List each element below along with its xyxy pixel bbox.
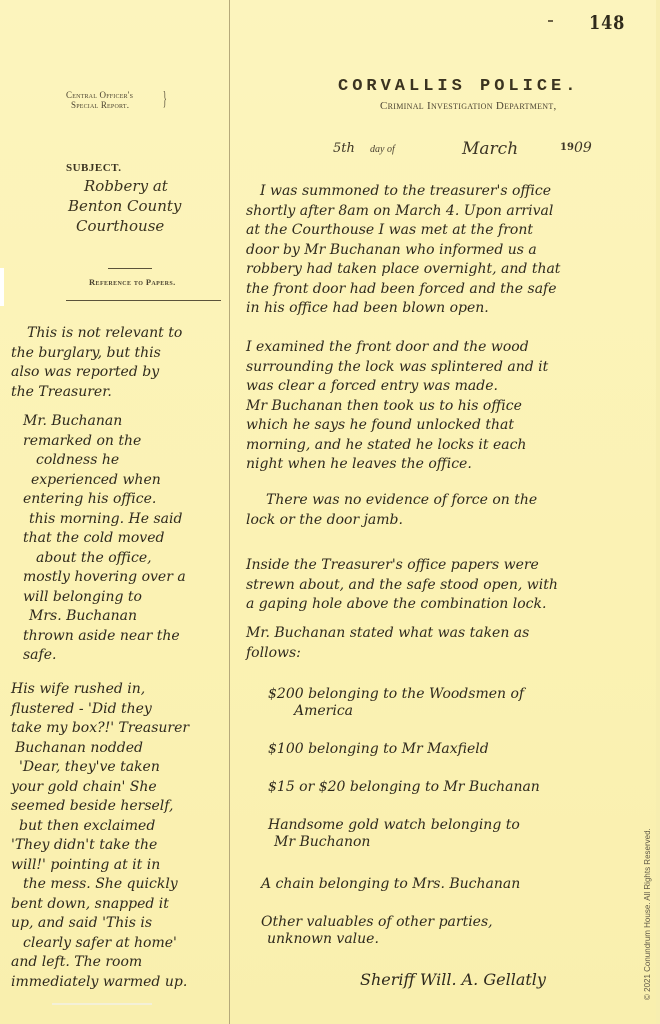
date-day-of-label: day of xyxy=(370,144,395,155)
item-line: $100 belonging to Mr Maxfield xyxy=(268,741,489,758)
margin-line: Mrs. Buchanan xyxy=(11,607,186,627)
report-paragraph-5: Mr. Buchanan stated what was taken as fo… xyxy=(246,624,529,663)
report-line: in his office had been blown open. xyxy=(246,299,560,319)
report-paragraph-1: I was summoned to the treasurer's office… xyxy=(246,182,560,319)
page-number: 148 xyxy=(589,12,625,34)
margin-line: coldness he xyxy=(11,451,186,471)
margin-line: clearly safer at home' xyxy=(11,934,189,954)
report-line: was clear a forced entry was made. xyxy=(246,377,548,397)
report-paragraph-3: There was no evidence of force on the lo… xyxy=(246,491,537,530)
date-month: March xyxy=(462,139,518,159)
brace-mark: } xyxy=(163,89,167,109)
margin-line: This is not relevant to xyxy=(11,324,182,344)
margin-line: thrown aside near the xyxy=(11,627,186,647)
reference-top-rule xyxy=(108,268,152,269)
margin-line: His wife rushed in, xyxy=(11,680,189,700)
margin-line: remarked on the xyxy=(11,432,186,452)
margin-line: 'Dear, they've taken xyxy=(11,758,189,778)
margin-note-paragraph-2: His wife rushed in, flustered - 'Did the… xyxy=(11,680,189,992)
subject-line: Robbery at xyxy=(68,176,181,196)
margin-line: will!' pointing at it in xyxy=(11,856,189,876)
margin-line: the mess. She quickly xyxy=(11,875,189,895)
stolen-item: A chain belonging to Mrs. Buchanan xyxy=(261,876,520,893)
report-line: I examined the front door and the wood xyxy=(246,338,548,358)
item-line: Handsome gold watch belonging to xyxy=(268,817,520,834)
margin-line: bent down, snapped it xyxy=(11,895,189,915)
margin-line: safe. xyxy=(11,646,186,666)
report-line: shortly after 8am on March 4. Upon arriv… xyxy=(246,202,560,222)
page-left-notch xyxy=(0,268,4,306)
item-line: unknown value. xyxy=(261,931,493,948)
item-line: America xyxy=(268,703,524,720)
report-line: Mr Buchanan then took us to his office xyxy=(246,397,548,417)
report-line: Inside the Treasurer's office papers wer… xyxy=(246,556,558,576)
subject-line: Benton County xyxy=(68,196,181,216)
margin-line: about the office, xyxy=(11,549,186,569)
margin-line: will belonging to xyxy=(11,588,186,608)
reference-to-papers-label: Reference to Papers. xyxy=(89,277,176,287)
report-line: night when he leaves the office. xyxy=(246,455,548,475)
report-page: 148 Central Officer's Special Report. } … xyxy=(0,0,660,1024)
margin-line: Mr. Buchanan xyxy=(11,412,186,432)
margin-line: mostly hovering over a xyxy=(11,568,186,588)
page-title: CORVALLIS POLICE. xyxy=(338,77,579,96)
department-subtitle: Criminal Investigation Department, xyxy=(380,100,557,112)
officer-header-line-1: Central Officer's xyxy=(66,90,133,100)
date-year-printed: 19 xyxy=(560,142,574,153)
margin-line: your gold chain' She xyxy=(11,778,189,798)
margin-line: Buchanan nodded xyxy=(11,739,189,759)
report-line: Mr. Buchanan stated what was taken as xyxy=(246,624,529,644)
copyright-notice: © 2021 Conundrum House. All Rights Reser… xyxy=(643,828,652,1000)
report-line: the front door had been forced and the s… xyxy=(246,280,560,300)
margin-note-paragraph-1: Mr. Buchanan remarked on the coldness he… xyxy=(11,412,186,666)
subject-text: Robbery at Benton County Courthouse xyxy=(68,176,181,236)
margin-note-intro: This is not relevant to the burglary, bu… xyxy=(11,324,182,402)
margin-line: flustered - 'Did they xyxy=(11,700,189,720)
report-line: door by Mr Buchanan who informed us a xyxy=(246,241,560,261)
report-line: lock or the door jamb. xyxy=(246,511,537,531)
item-line: Mr Buchanon xyxy=(268,834,520,851)
margin-line: entering his office. xyxy=(11,490,186,510)
stolen-item: $200 belonging to the Woodsmen of Americ… xyxy=(268,686,524,720)
stolen-item: $15 or $20 belonging to Mr Buchanan xyxy=(268,779,540,796)
report-line: morning, and he stated he locks it each xyxy=(246,436,548,456)
report-paragraph-4: Inside the Treasurer's office papers wer… xyxy=(246,556,558,615)
item-line: $15 or $20 belonging to Mr Buchanan xyxy=(268,779,540,796)
reference-bottom-rule xyxy=(66,300,221,301)
stolen-item: Handsome gold watch belonging to Mr Buch… xyxy=(268,817,520,851)
date-year-handwritten: 09 xyxy=(574,140,592,156)
item-line: Other valuables of other parties, xyxy=(261,914,493,931)
margin-line: up, and said 'This is xyxy=(11,914,189,934)
item-line: $200 belonging to the Woodsmen of xyxy=(268,686,524,703)
margin-line: 'They didn't take the xyxy=(11,836,189,856)
margin-line: the Treasurer. xyxy=(11,383,182,403)
date-day: 5th xyxy=(333,141,355,156)
report-paragraph-2: I examined the front door and the wood s… xyxy=(246,338,548,475)
dash-mark xyxy=(548,20,553,22)
report-line: robbery had taken place overnight, and t… xyxy=(246,260,560,280)
item-line: A chain belonging to Mrs. Buchanan xyxy=(261,876,520,893)
subject-label: SUBJECT. xyxy=(66,162,121,174)
margin-line: experienced when xyxy=(11,471,186,491)
report-line: which he says he found unlocked that xyxy=(246,416,548,436)
stolen-item: Other valuables of other parties, unknow… xyxy=(261,914,493,948)
margin-line: this morning. He said xyxy=(11,510,186,530)
report-line: at the Courthouse I was met at the front xyxy=(246,221,560,241)
report-line: surrounding the lock was splintered and … xyxy=(246,358,548,378)
report-line: a gaping hole above the combination lock… xyxy=(246,595,558,615)
margin-line: seemed beside herself, xyxy=(11,797,189,817)
officer-header-line-2: Special Report. xyxy=(66,100,133,110)
report-line: There was no evidence of force on the xyxy=(246,491,537,511)
margin-line: that the cold moved xyxy=(11,529,186,549)
officer-report-header: Central Officer's Special Report. xyxy=(66,90,133,110)
margin-line: the burglary, but this xyxy=(11,344,182,364)
margin-line: also was reported by xyxy=(11,363,182,383)
page-bottom-mark xyxy=(52,1003,152,1005)
stolen-item: $100 belonging to Mr Maxfield xyxy=(268,741,489,758)
report-line: follows: xyxy=(246,644,529,664)
margin-line: immediately warmed up. xyxy=(11,973,189,993)
subject-line: Courthouse xyxy=(68,216,181,236)
report-line: I was summoned to the treasurer's office xyxy=(246,182,560,202)
margin-line: and left. The room xyxy=(11,953,189,973)
report-line: strewn about, and the safe stood open, w… xyxy=(246,576,558,596)
margin-line: but then exclaimed xyxy=(11,817,189,837)
sheriff-signature: Sheriff Will. A. Gellatly xyxy=(360,970,546,989)
margin-line: take my box?!' Treasurer xyxy=(11,719,189,739)
